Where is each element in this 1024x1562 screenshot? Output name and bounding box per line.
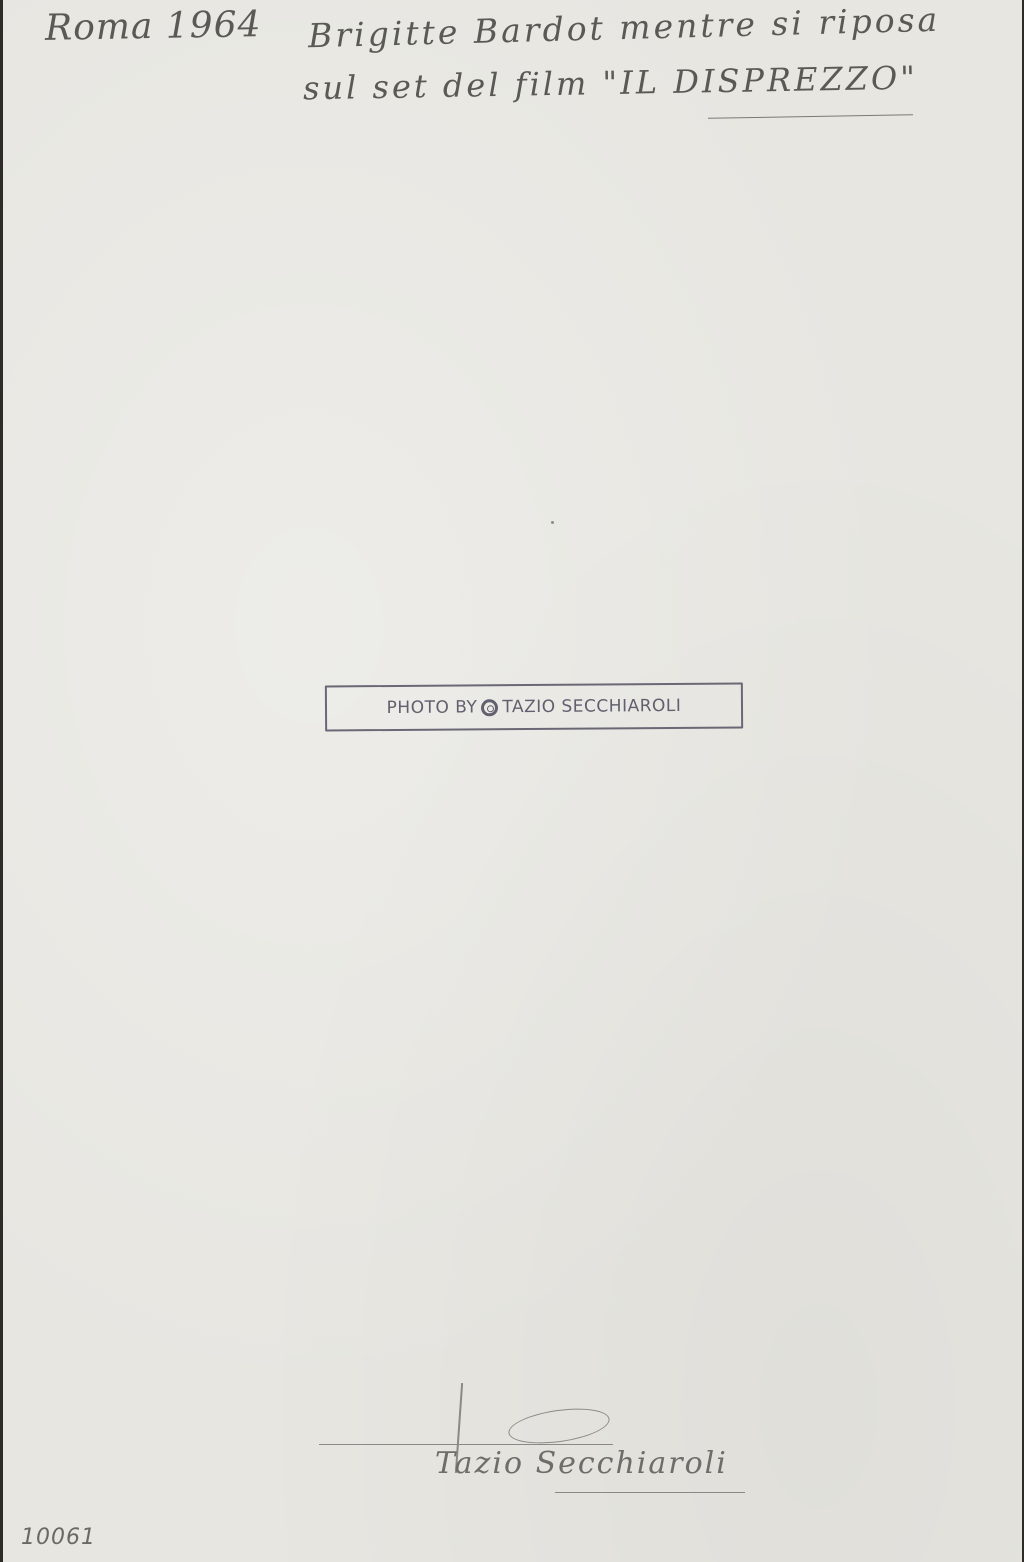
title-underline [708,114,913,119]
rose-logo-icon [481,699,498,716]
handwritten-place-date: Roma 1964 [45,4,262,49]
stamp-prefix: PHOTO BY [387,697,478,718]
photo-back-card: Roma 1964 Brigitte Bardot mentre si ripo… [3,0,1022,1562]
photographer-stamp: PHOTO BY TAZIO SECCHIAROLI [325,683,743,732]
photographer-signature: Tazio Secchiaroli [435,1446,728,1481]
signature-underline [555,1492,745,1493]
archive-number: 10061 [21,1525,96,1550]
handwritten-caption-line-2: sul set del film "IL DISPREZZO" [303,59,918,108]
signature-flourish-loop [506,1403,611,1449]
handwritten-caption-line-1: Brigitte Bardot mentre si riposa [308,0,941,55]
stamp-name: TAZIO SECCHIAROLI [502,696,681,717]
signature-baseline [319,1444,613,1445]
paper-speck [551,521,554,524]
